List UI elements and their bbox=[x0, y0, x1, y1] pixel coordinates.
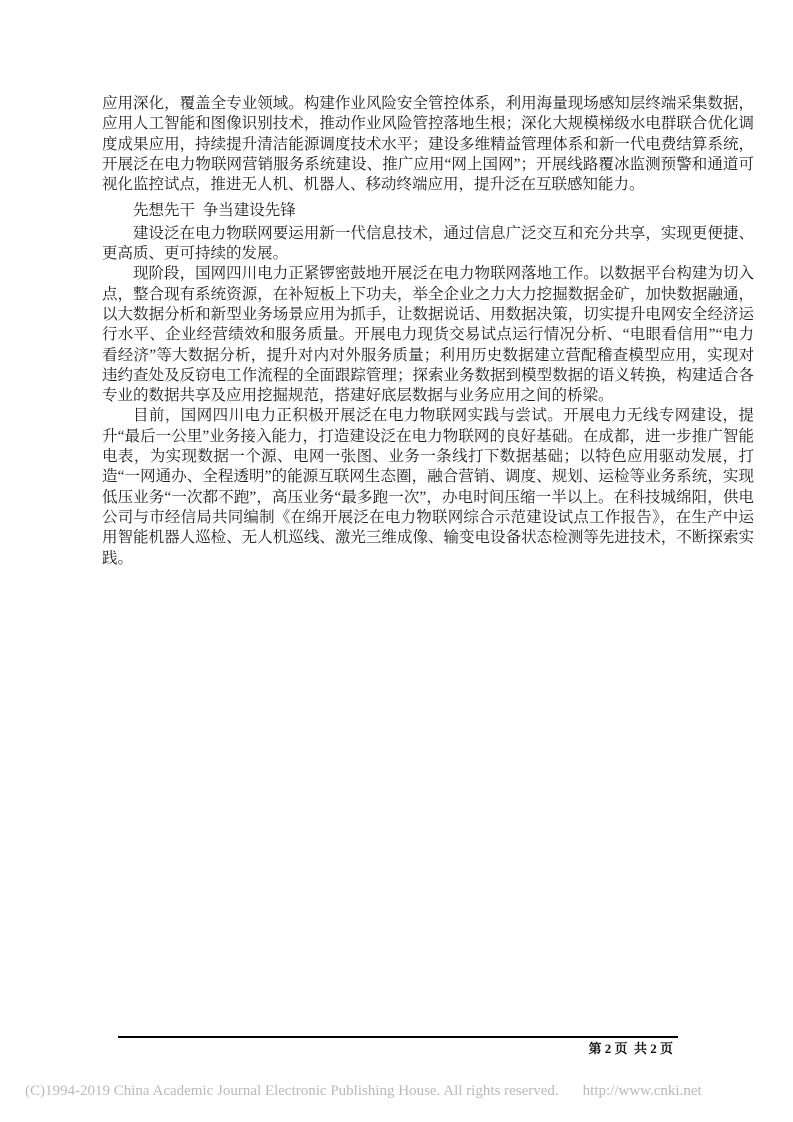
body-paragraph: 现阶段，国网四川电力正紧锣密鼓地开展泛在电力物联网落地工作。以数据平台构建为切入… bbox=[102, 264, 754, 406]
section-heading: 先想先干 争当建设先锋 bbox=[102, 201, 754, 221]
document-page: 应用深化，覆盖全专业领域。构建作业风险安全管控体系，利用海量现场感知层终端采集数… bbox=[0, 0, 793, 1122]
copyright-text: (C)1994-2019 China Academic Journal Elec… bbox=[25, 1083, 559, 1099]
footer-divider bbox=[118, 1036, 678, 1038]
article-body: 应用深化，覆盖全专业领域。构建作业风险安全管控体系，利用海量现场感知层终端采集数… bbox=[102, 94, 754, 569]
copyright-notice: (C)1994-2019 China Academic Journal Elec… bbox=[25, 1082, 702, 1100]
body-paragraph: 建设泛在电力物联网要运用新一代信息技术，通过信息广泛交互和充分共享，实现更便捷、… bbox=[102, 224, 754, 265]
cnki-url: http://www.cnki.net bbox=[583, 1083, 702, 1099]
body-paragraph: 目前，国网四川电力正积极开展泛在电力物联网实践与尝试。开展电力无线专网建设，提升… bbox=[102, 406, 754, 568]
page-number: 第 2 页 共 2 页 bbox=[373, 1041, 673, 1057]
body-paragraph-continuation: 应用深化，覆盖全专业领域。构建作业风险安全管控体系，利用海量现场感知层终端采集数… bbox=[102, 94, 754, 195]
